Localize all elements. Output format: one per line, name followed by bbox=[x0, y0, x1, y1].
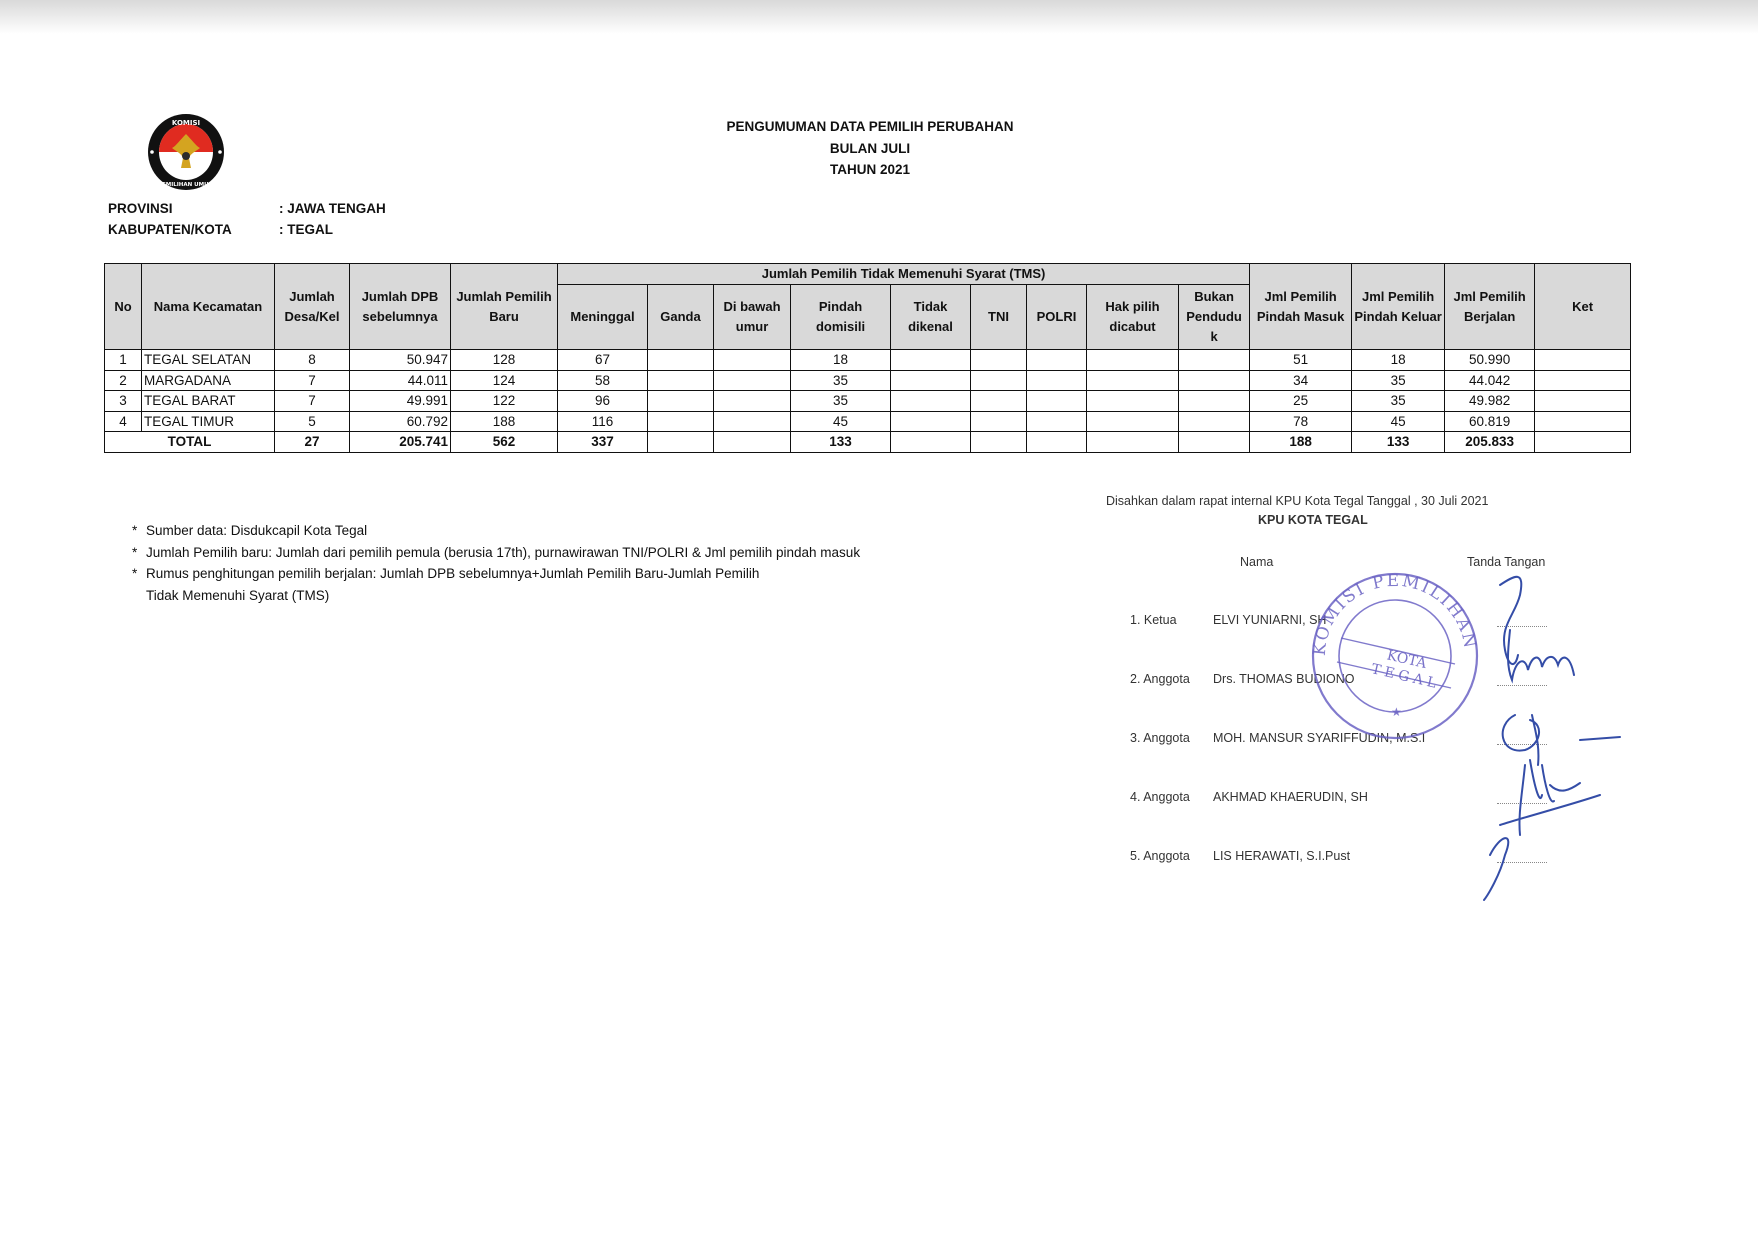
col-header-polri: POLRI bbox=[1027, 285, 1087, 350]
svg-text:KOMISI: KOMISI bbox=[172, 119, 200, 127]
viewer-top-shadow bbox=[0, 0, 1758, 34]
cell-nama: TEGAL TIMUR bbox=[142, 411, 275, 432]
col-header-pindah-domisili: Pindah domisili bbox=[791, 285, 891, 350]
cell-bawah-umur bbox=[714, 370, 791, 391]
cell-total-label: TOTAL bbox=[105, 432, 275, 453]
cell-bukan-penduduk bbox=[1179, 411, 1250, 432]
cell-pindah-masuk: 34 bbox=[1250, 370, 1352, 391]
col-header-no: No bbox=[105, 264, 142, 350]
cell-berjalan: 44.042 bbox=[1445, 370, 1535, 391]
member-name: AKHMAD KHAERUDIN, SH bbox=[1213, 790, 1368, 804]
col-header-pindah-keluar: Jml Pemilih Pindah Keluar bbox=[1352, 264, 1445, 350]
member-role: 2. Anggota bbox=[1130, 672, 1213, 686]
cell-pindah-masuk: 78 bbox=[1250, 411, 1352, 432]
total-cell-desa: 27 bbox=[275, 432, 350, 453]
total-cell-ganda bbox=[648, 432, 714, 453]
cell-ganda bbox=[648, 411, 714, 432]
cell-ket bbox=[1535, 350, 1631, 371]
cell-ket bbox=[1535, 370, 1631, 391]
cell-pindah-domisili: 45 bbox=[791, 411, 891, 432]
cell-tidak-dikenal bbox=[891, 391, 971, 412]
meta-value: : JAWA TENGAH bbox=[279, 201, 386, 216]
col-header-bawah-umur: Di bawah umur bbox=[714, 285, 791, 350]
title-line: BULAN JULI bbox=[620, 138, 1120, 160]
cell-bawah-umur bbox=[714, 391, 791, 412]
cell-tidak-dikenal bbox=[891, 370, 971, 391]
svg-text:PEMILIHAN UMUM: PEMILIHAN UMUM bbox=[158, 182, 214, 188]
cell-polri bbox=[1027, 350, 1087, 371]
col-header-meninggal: Meninggal bbox=[558, 285, 648, 350]
cell-dpb: 50.947 bbox=[350, 350, 451, 371]
meta-label: PROVINSI bbox=[108, 201, 279, 216]
total-cell-tni bbox=[971, 432, 1027, 453]
cell-berjalan: 50.990 bbox=[1445, 350, 1535, 371]
cell-pindah-keluar: 45 bbox=[1352, 411, 1445, 432]
svg-text:★: ★ bbox=[1391, 705, 1402, 719]
total-cell-berjalan: 205.833 bbox=[1445, 432, 1535, 453]
cell-baru: 128 bbox=[451, 350, 558, 371]
cell-dpb: 44.011 bbox=[350, 370, 451, 391]
total-cell-bawah-umur bbox=[714, 432, 791, 453]
cell-polri bbox=[1027, 370, 1087, 391]
total-cell-meninggal: 337 bbox=[558, 432, 648, 453]
cell-polri bbox=[1027, 391, 1087, 412]
cell-pindah-domisili: 18 bbox=[791, 350, 891, 371]
svg-text:KOMISI PEMILIHAN UMUM: KOMISI PEMILIHAN UMUM bbox=[1305, 566, 1480, 658]
cell-tidak-dikenal bbox=[891, 411, 971, 432]
kpu-logo-icon: KOMISI PEMILIHAN UMUM bbox=[146, 112, 226, 192]
col-header-desa: Jumlah Desa/Kel bbox=[275, 264, 350, 350]
table-row: 2MARGADANA744.0111245835343544.042 bbox=[105, 370, 1631, 391]
total-cell-polri bbox=[1027, 432, 1087, 453]
col-header-pindah-masuk: Jml Pemilih Pindah Masuk bbox=[1250, 264, 1352, 350]
cell-tni bbox=[971, 370, 1027, 391]
approval-statement: Disahkan dalam rapat internal KPU Kota T… bbox=[1106, 494, 1526, 508]
cell-bukan-penduduk bbox=[1179, 391, 1250, 412]
total-cell-bukan-penduduk bbox=[1179, 432, 1250, 453]
cell-meninggal: 116 bbox=[558, 411, 648, 432]
cell-dpb: 60.792 bbox=[350, 411, 451, 432]
title-line: TAHUN 2021 bbox=[620, 159, 1120, 181]
col-header-ganda: Ganda bbox=[648, 285, 714, 350]
member-role: 4. Anggota bbox=[1130, 790, 1213, 804]
cell-bawah-umur bbox=[714, 411, 791, 432]
cell-meninggal: 67 bbox=[558, 350, 648, 371]
cell-baru: 124 bbox=[451, 370, 558, 391]
col-header-ket: Ket bbox=[1535, 264, 1631, 350]
col-header-bukan-penduduk: Bukan Pendudu k bbox=[1179, 285, 1250, 350]
cell-hak-pilih bbox=[1087, 370, 1179, 391]
cell-pindah-domisili: 35 bbox=[791, 391, 891, 412]
cell-polri bbox=[1027, 411, 1087, 432]
note-item: *Jumlah Pemilih baru: Jumlah dari pemili… bbox=[132, 542, 860, 564]
official-stamp-icon: KOMISI PEMILIHAN UMUM KOTA TEGAL ★ bbox=[1305, 566, 1485, 746]
cell-berjalan: 49.982 bbox=[1445, 391, 1535, 412]
cell-ket bbox=[1535, 391, 1631, 412]
cell-berjalan: 60.819 bbox=[1445, 411, 1535, 432]
member-role: 5. Anggota bbox=[1130, 849, 1213, 863]
col-group-tms: Jumlah Pemilih Tidak Memenuhi Syarat (TM… bbox=[558, 264, 1250, 285]
cell-pindah-domisili: 35 bbox=[791, 370, 891, 391]
member-role: 3. Anggota bbox=[1130, 731, 1213, 745]
table-row: 3TEGAL BARAT749.9911229635253549.982 bbox=[105, 391, 1631, 412]
meta-kabupaten: KABUPATEN/KOTA: TEGAL bbox=[108, 222, 333, 237]
member-role: 1. Ketua bbox=[1130, 613, 1213, 627]
column-label-name: Nama bbox=[1240, 555, 1273, 569]
total-cell-tidak-dikenal bbox=[891, 432, 971, 453]
cell-no: 1 bbox=[105, 350, 142, 371]
note-bullet: * bbox=[132, 542, 137, 564]
signature-icon bbox=[1470, 555, 1630, 905]
col-header-berjalan: Jml Pemilih Berjalan bbox=[1445, 264, 1535, 350]
cell-hak-pilih bbox=[1087, 391, 1179, 412]
meta-provinsi: PROVINSI: JAWA TENGAH bbox=[108, 201, 386, 216]
cell-pindah-masuk: 51 bbox=[1250, 350, 1352, 371]
cell-desa: 5 bbox=[275, 411, 350, 432]
voter-data-table: No Nama Kecamatan Jumlah Desa/Kel Jumlah… bbox=[104, 263, 1631, 453]
col-header-tni: TNI bbox=[971, 285, 1027, 350]
cell-desa: 7 bbox=[275, 391, 350, 412]
note-bullet: * bbox=[132, 563, 137, 585]
total-cell-baru: 562 bbox=[451, 432, 558, 453]
total-cell-pindah-domisili: 133 bbox=[791, 432, 891, 453]
cell-ket bbox=[1535, 411, 1631, 432]
cell-meninggal: 96 bbox=[558, 391, 648, 412]
cell-no: 3 bbox=[105, 391, 142, 412]
member-row: 5. AnggotaLIS HERAWATI, S.I.Pust bbox=[1130, 849, 1350, 863]
col-header-dpb: Jumlah DPB sebelumnya bbox=[350, 264, 451, 350]
total-cell-dpb: 205.741 bbox=[350, 432, 451, 453]
member-row: 4. AnggotaAKHMAD KHAERUDIN, SH bbox=[1130, 790, 1368, 804]
cell-ganda bbox=[648, 391, 714, 412]
cell-tni bbox=[971, 411, 1027, 432]
cell-bawah-umur bbox=[714, 350, 791, 371]
meta-value: : TEGAL bbox=[279, 222, 333, 237]
cell-baru: 188 bbox=[451, 411, 558, 432]
cell-pindah-keluar: 18 bbox=[1352, 350, 1445, 371]
cell-dpb: 49.991 bbox=[350, 391, 451, 412]
cell-tidak-dikenal bbox=[891, 350, 971, 371]
member-name: LIS HERAWATI, S.I.Pust bbox=[1213, 849, 1350, 863]
col-header-nama: Nama Kecamatan bbox=[142, 264, 275, 350]
cell-ganda bbox=[648, 370, 714, 391]
cell-nama: MARGADANA bbox=[142, 370, 275, 391]
note-item: *Sumber data: Disdukcapil Kota Tegal bbox=[132, 520, 860, 542]
note-bullet: * bbox=[132, 520, 137, 542]
notes-section: *Sumber data: Disdukcapil Kota Tegal *Ju… bbox=[132, 520, 860, 606]
cell-tni bbox=[971, 391, 1027, 412]
cell-meninggal: 58 bbox=[558, 370, 648, 391]
cell-hak-pilih bbox=[1087, 350, 1179, 371]
cell-baru: 122 bbox=[451, 391, 558, 412]
table-row: 4TEGAL TIMUR560.79218811645784560.819 bbox=[105, 411, 1631, 432]
note-item: *Rumus penghitungan pemilih berjalan: Ju… bbox=[132, 563, 860, 585]
cell-bukan-penduduk bbox=[1179, 350, 1250, 371]
cell-pindah-keluar: 35 bbox=[1352, 391, 1445, 412]
total-cell-ket bbox=[1535, 432, 1631, 453]
cell-desa: 7 bbox=[275, 370, 350, 391]
col-header-hak-pilih: Hak pilih dicabut bbox=[1087, 285, 1179, 350]
cell-nama: TEGAL BARAT bbox=[142, 391, 275, 412]
cell-ganda bbox=[648, 350, 714, 371]
total-cell-pindah-keluar: 133 bbox=[1352, 432, 1445, 453]
cell-hak-pilih bbox=[1087, 411, 1179, 432]
cell-no: 2 bbox=[105, 370, 142, 391]
document-title: PENGUMUMAN DATA PEMILIH PERUBAHAN BULAN … bbox=[620, 116, 1120, 181]
cell-pindah-keluar: 35 bbox=[1352, 370, 1445, 391]
cell-desa: 8 bbox=[275, 350, 350, 371]
approval-org: KPU KOTA TEGAL bbox=[1258, 513, 1368, 527]
cell-tni bbox=[971, 350, 1027, 371]
col-header-baru: Jumlah Pemilih Baru bbox=[451, 264, 558, 350]
table-row: 1TEGAL SELATAN850.9471286718511850.990 bbox=[105, 350, 1631, 371]
note-text: Rumus penghitungan pemilih berjalan: Jum… bbox=[146, 566, 759, 581]
note-text: Sumber data: Disdukcapil Kota Tegal bbox=[146, 523, 367, 538]
total-cell-pindah-masuk: 188 bbox=[1250, 432, 1352, 453]
note-text: Tidak Memenuhi Syarat (TMS) bbox=[146, 588, 329, 603]
member-row: 1. KetuaELVI YUNIARNI, SH bbox=[1130, 613, 1326, 627]
note-item-continuation: Tidak Memenuhi Syarat (TMS) bbox=[132, 585, 860, 607]
title-line: PENGUMUMAN DATA PEMILIH PERUBAHAN bbox=[620, 116, 1120, 138]
table-total-row: TOTAL27205.741562337133188133205.833 bbox=[105, 432, 1631, 453]
note-text: Jumlah Pemilih baru: Jumlah dari pemilih… bbox=[146, 545, 860, 560]
cell-pindah-masuk: 25 bbox=[1250, 391, 1352, 412]
col-header-tidak-dikenal: Tidak dikenal bbox=[891, 285, 971, 350]
meta-label: KABUPATEN/KOTA bbox=[108, 222, 279, 237]
cell-bukan-penduduk bbox=[1179, 370, 1250, 391]
cell-no: 4 bbox=[105, 411, 142, 432]
cell-nama: TEGAL SELATAN bbox=[142, 350, 275, 371]
total-cell-hak-pilih bbox=[1087, 432, 1179, 453]
